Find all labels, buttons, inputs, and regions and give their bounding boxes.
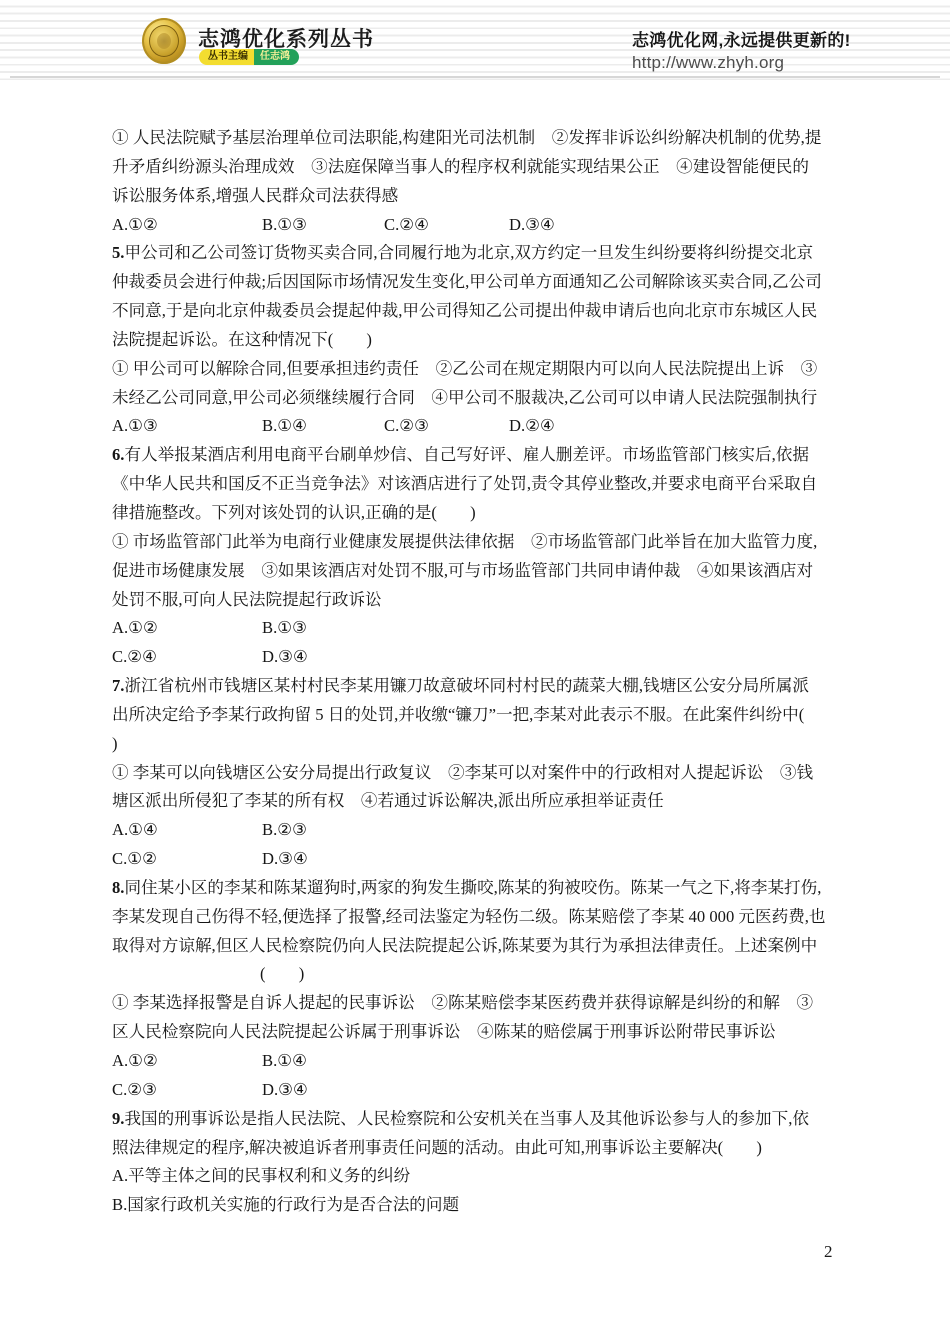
line-text: 甲公司和乙公司签订货物买卖合同,合同履行地为北京,双方约定一旦发生纠纷要将纠纷提… <box>124 243 813 262</box>
q8-line: 李某发现自己伤得不轻,便选择了报警,经司法鉴定为轻伤二级。陈某赔偿了李某 40 … <box>112 903 860 932</box>
header-divider <box>10 76 940 78</box>
line-text: 区人民检察院向人民法院提起公诉属于刑事诉讼 ④陈某的赔偿属于刑事诉讼附带民事诉讼 <box>112 1022 776 1041</box>
q7-line: ① 李某可以向钱塘区公安分局提出行政复议 ②李某可以对案件中的行政相对人提起诉讼… <box>112 759 860 788</box>
q6-line: 律措施整改。下列对该处罚的认识,正确的是( ) <box>112 499 860 528</box>
question-number: 6. <box>112 445 124 464</box>
q6-line: 处罚不服,可向人民法院提起行政诉讼 <box>112 586 860 615</box>
site-info: 志鸿优化网,永远提供更新的! http://www.zhyh.org <box>632 26 851 73</box>
line-text: 诉讼服务体系,增强人民群众司法获得感 <box>112 186 398 205</box>
line-text: 处罚不服,可向人民法院提起行政诉讼 <box>112 590 382 609</box>
answer-choice: D.③④ <box>262 1076 384 1105</box>
line-text: ( ) <box>260 964 304 983</box>
question-number: 8. <box>112 878 124 897</box>
line-text: A.平等主体之间的民事权利和义务的纠纷 <box>112 1166 410 1185</box>
q5-choices-row: A.①③B.①④C.②③D.②④ <box>112 412 860 441</box>
line-text: 促进市场健康发展 ③如果该酒店对处罚不服,可与市场监管部门共同申请仲裁 ④如果该… <box>112 561 813 580</box>
answer-choice: D.③④ <box>262 643 384 672</box>
line-text: ① 市场监管部门此举为电商行业健康发展提供法律依据 ②市场监管部门此举旨在加大监… <box>112 532 817 551</box>
q4-continuation-line: 升矛盾纠纷源头治理成效 ③法庭保障当事人的程序权利就能实现结果公正 ④建设智能便… <box>112 153 860 182</box>
line-text: 取得对方谅解,但区人民检察院仍向人民法院提起公诉,陈某要为其行为承担法律责任。上… <box>112 936 817 955</box>
line-text: 照法律规定的程序,解决被追诉者刑事责任问题的活动。由此可知,刑事诉讼主要解决( … <box>112 1138 762 1157</box>
line-text: ① 人民法院赋予基层治理单位司法职能,构建阳光司法机制 ②发挥非诉讼纠纷解决机制… <box>112 128 821 147</box>
line-text: 不同意,于是向北京仲裁委员会提起仲裁,甲公司得知乙公司提出仲裁申请后也向北京市东… <box>112 301 817 320</box>
line-text: ① 甲公司可以解除合同,但要承担违约责任 ②乙公司在规定期限内可以向人民法院提出… <box>112 359 817 378</box>
line-text: 《中华人民共和国反不正当竞争法》对该酒店进行了处罚,责令其停业整改,并要求电商平… <box>112 474 817 493</box>
line-text: 浙江省杭州市钱塘区某村村民李某用镰刀故意破坏同村村民的蔬菜大棚,钱塘区公安分局所… <box>124 676 809 695</box>
answer-choice: A.①③ <box>112 412 262 441</box>
q6-line: 6.有人举报某酒店利用电商平台刷单炒信、自己写好评、雇人删差评。市场监管部门核实… <box>112 441 860 470</box>
line-text: 律措施整改。下列对该处罚的认识,正确的是( ) <box>112 503 476 522</box>
q6-line: 《中华人民共和国反不正当竞争法》对该酒店进行了处罚,责令其停业整改,并要求电商平… <box>112 470 860 499</box>
q8-choices-row: A.①②B.①④ <box>112 1047 860 1076</box>
q9-line: 照法律规定的程序,解决被追诉者刑事责任问题的活动。由此可知,刑事诉讼主要解决( … <box>112 1134 860 1163</box>
question-number: 7. <box>112 676 124 695</box>
q9-line: B.国家行政机关实施的行政行为是否合法的问题 <box>112 1191 860 1220</box>
q5-line: 法院提起诉讼。在这种情况下( ) <box>112 326 860 355</box>
line-text: 出所决定给予李某行政拘留 5 日的处罚,并收缴“镰刀”一把,李某对此表示不服。在… <box>112 705 804 724</box>
q7-choices-row: C.①②D.③④ <box>112 845 860 874</box>
page-number: 2 <box>824 1242 833 1262</box>
q9-line: A.平等主体之间的民事权利和义务的纠纷 <box>112 1162 860 1191</box>
answer-choice: C.②③ <box>384 412 509 441</box>
line-text: ) <box>112 734 118 753</box>
q8-choices-row: C.②③D.③④ <box>112 1076 860 1105</box>
site-slogan: 志鸿优化网,永远提供更新的! <box>632 26 851 51</box>
q5-line: 未经乙公司同意,甲公司必须继续履行合同 ④甲公司不服裁决,乙公司可以申请人民法院… <box>112 384 860 413</box>
line-text: B.国家行政机关实施的行政行为是否合法的问题 <box>112 1195 459 1214</box>
editor-badge: 丛书主编 任志鸿 <box>199 49 299 65</box>
line-text: 塘区派出所侵犯了李某的所有权 ④若通过诉讼解决,派出所应承担举证责任 <box>112 791 664 810</box>
answer-choice: A.①④ <box>112 816 262 845</box>
q5-line: ① 甲公司可以解除合同,但要承担违约责任 ②乙公司在规定期限内可以向人民法院提出… <box>112 355 860 384</box>
question-number: 5. <box>112 243 124 262</box>
line-text: 同住某小区的李某和陈某遛狗时,两家的狗发生撕咬,陈某的狗被咬伤。陈某一气之下,将… <box>124 878 821 897</box>
answer-choice: B.①④ <box>262 412 384 441</box>
line-text: 我国的刑事诉讼是指人民法院、人民检察院和公安机关在当事人及其他诉讼参与人的参加下… <box>124 1109 809 1128</box>
q8-line: 8.同住某小区的李某和陈某遛狗时,两家的狗发生撕咬,陈某的狗被咬伤。陈某一气之下… <box>112 874 860 903</box>
q8-line: 取得对方谅解,但区人民检察院仍向人民法院提起公诉,陈某要为其行为承担法律责任。上… <box>112 932 860 961</box>
line-text: 有人举报某酒店利用电商平台刷单炒信、自己写好评、雇人删差评。市场监管部门核实后,… <box>124 445 809 464</box>
answer-choice: A.①② <box>112 614 262 643</box>
q6-choices-row: C.②④D.③④ <box>112 643 860 672</box>
site-url: http://www.zhyh.org <box>632 53 851 73</box>
q5-line: 5.甲公司和乙公司签订货物买卖合同,合同履行地为北京,双方约定一旦发生纠纷要将纠… <box>112 239 860 268</box>
answer-choice: D.②④ <box>509 412 555 441</box>
line-text: 升矛盾纠纷源头治理成效 ③法庭保障当事人的程序权利就能实现结果公正 ④建设智能便… <box>112 157 809 176</box>
q7-line: 塘区派出所侵犯了李某的所有权 ④若通过诉讼解决,派出所应承担举证责任 <box>112 787 860 816</box>
answer-choice: C.①② <box>112 845 262 874</box>
q6-line: ① 市场监管部门此举为电商行业健康发展提供法律依据 ②市场监管部门此举旨在加大监… <box>112 528 860 557</box>
document-body: ① 人民法院赋予基层治理单位司法职能,构建阳光司法机制 ②发挥非诉讼纠纷解决机制… <box>112 124 860 1220</box>
line-text: ① 李某选择报警是自诉人提起的民事诉讼 ②陈某赔偿李某医药费并获得谅解是纠纷的和… <box>112 993 813 1012</box>
q4-continuation-line: ① 人民法院赋予基层治理单位司法职能,构建阳光司法机制 ②发挥非诉讼纠纷解决机制… <box>112 124 860 153</box>
q6-choices-row: A.①②B.①③ <box>112 614 860 643</box>
editor-badge-label: 丛书主编 <box>199 49 254 65</box>
answer-choice: A.①② <box>112 1047 262 1076</box>
q9-line: 9.我国的刑事诉讼是指人民法院、人民检察院和公安机关在当事人及其他诉讼参与人的参… <box>112 1105 860 1134</box>
medal-icon <box>142 18 186 64</box>
q7-choices-row: A.①④B.②③ <box>112 816 860 845</box>
line-text: 未经乙公司同意,甲公司必须继续履行合同 ④甲公司不服裁决,乙公司可以申请人民法院… <box>112 388 817 407</box>
question-number: 9. <box>112 1109 124 1128</box>
answer-choice: D.③④ <box>509 211 555 240</box>
line-text: ① 李某可以向钱塘区公安分局提出行政复议 ②李某可以对案件中的行政相对人提起诉讼… <box>112 763 813 782</box>
answer-choice: B.①④ <box>262 1047 384 1076</box>
answer-choice: B.①③ <box>262 211 384 240</box>
q4-continuation-line: 诉讼服务体系,增强人民群众司法获得感 <box>112 182 860 211</box>
line-text: 李某发现自己伤得不轻,便选择了报警,经司法鉴定为轻伤二级。陈某赔偿了李某 40 … <box>112 907 826 926</box>
answer-choice: C.②③ <box>112 1076 262 1105</box>
q7-line: 7.浙江省杭州市钱塘区某村村民李某用镰刀故意破坏同村村民的蔬菜大棚,钱塘区公安分… <box>112 672 860 701</box>
line-text: 法院提起诉讼。在这种情况下( ) <box>112 330 372 349</box>
answer-choice: B.②③ <box>262 816 384 845</box>
page-header: 志鸿优化系列丛书 丛书主编 任志鸿 志鸿优化网,永远提供更新的! http://… <box>0 0 950 80</box>
q7-line: 出所决定给予李某行政拘留 5 日的处罚,并收缴“镰刀”一把,李某对此表示不服。在… <box>112 701 860 730</box>
q5-line: 仲裁委员会进行仲裁;后因国际市场情况发生变化,甲公司单方面通知乙公司解除该买卖合… <box>112 268 860 297</box>
q5-line: 不同意,于是向北京仲裁委员会提起仲裁,甲公司得知乙公司提出仲裁申请后也向北京市东… <box>112 297 860 326</box>
answer-choice: C.②④ <box>112 643 262 672</box>
line-text: 仲裁委员会进行仲裁;后因国际市场情况发生变化,甲公司单方面通知乙公司解除该买卖合… <box>112 272 822 291</box>
q8-paren-line: ( ) <box>112 960 860 989</box>
q4-continuation-choices-row: A.①②B.①③C.②④D.③④ <box>112 211 860 240</box>
workbook-page: { "header": { "series_title": "志鸿优化系列丛书"… <box>0 0 950 1344</box>
answer-choice: C.②④ <box>384 211 509 240</box>
q8-line: ① 李某选择报警是自诉人提起的民事诉讼 ②陈某赔偿李某医药费并获得谅解是纠纷的和… <box>112 989 860 1018</box>
q6-line: 促进市场健康发展 ③如果该酒店对处罚不服,可与市场监管部门共同申请仲裁 ④如果该… <box>112 557 860 586</box>
answer-choice: D.③④ <box>262 845 384 874</box>
q8-line: 区人民检察院向人民法院提起公诉属于刑事诉讼 ④陈某的赔偿属于刑事诉讼附带民事诉讼 <box>112 1018 860 1047</box>
answer-choice: B.①③ <box>262 614 384 643</box>
editor-badge-name: 任志鸿 <box>254 49 299 65</box>
answer-choice: A.①② <box>112 211 262 240</box>
q7-close-paren-line: ) <box>112 730 860 759</box>
